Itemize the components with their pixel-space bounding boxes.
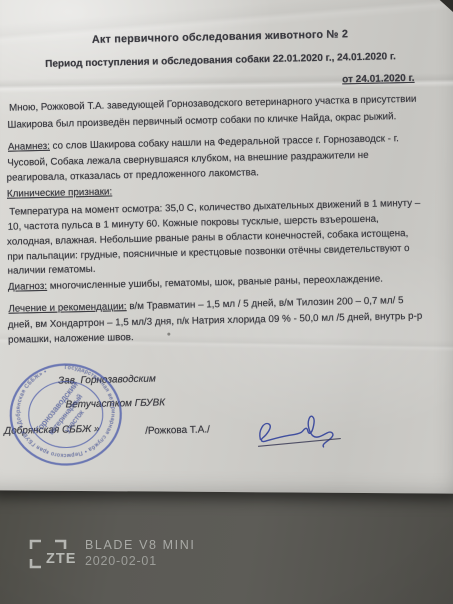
photo-date-label: 2020-02-01 [85, 554, 157, 568]
device-model-label: BLADE V8 MINI [85, 538, 195, 552]
diagnosis-label: Диагноз: [8, 281, 47, 293]
handwritten-signature [250, 406, 351, 454]
date-line: от 24.01.2020 г. [342, 73, 415, 86]
anamnesis-text: со слов Шакирова собаку нашли на Федерал… [50, 133, 399, 152]
doc-title: Акт первичного обследования животного № … [0, 26, 447, 48]
signature-stroke [259, 416, 333, 449]
zte-logo: ZTE [46, 551, 76, 567]
clinical-heading: Клинические признаки: [7, 186, 112, 199]
anamnesis-label: Анамнез: [8, 141, 50, 153]
diagnosis-line: Диагноз: многочисленные ушибы, гематомы,… [8, 274, 383, 293]
official-stamp: Государственная ветеринарная служба • Пе… [2, 354, 131, 479]
anamnesis-line: Чусовой, Собака лежала свернувшаяся клуб… [7, 150, 369, 169]
treatment-text: в/м Травматин – 1,5 мл / 5 дней, в/м Тил… [126, 295, 403, 312]
treatment-label: Лечение и рекомендации: [8, 301, 126, 315]
treatment-line: дней, вм Хондартрон – 1,5 мл/3 дня, п/к … [8, 311, 423, 331]
clinical-line: наличии гематомы. [7, 264, 95, 277]
anamnesis-line: реагировала, отказалась от предложенного… [6, 167, 259, 184]
intro-line: Шакирова был произведён первичный осмотр… [7, 111, 396, 130]
signatory-name: /Рожкова Т.А./ [145, 424, 210, 436]
camera-photo: Акт первичного обследования животного № … [0, 0, 453, 604]
period-line: Период поступления и обследования собаки… [0, 50, 447, 71]
treatment-line: ромашки, наложение швов. [8, 332, 134, 346]
document-content: Акт первичного обследования животного № … [0, 0, 453, 604]
diagnosis-text: многочисленные ушибы, гематомы, шок, рва… [47, 274, 383, 292]
intro-line: Мною, Рожковой Т.А. заведующей Горнозаво… [9, 94, 417, 114]
